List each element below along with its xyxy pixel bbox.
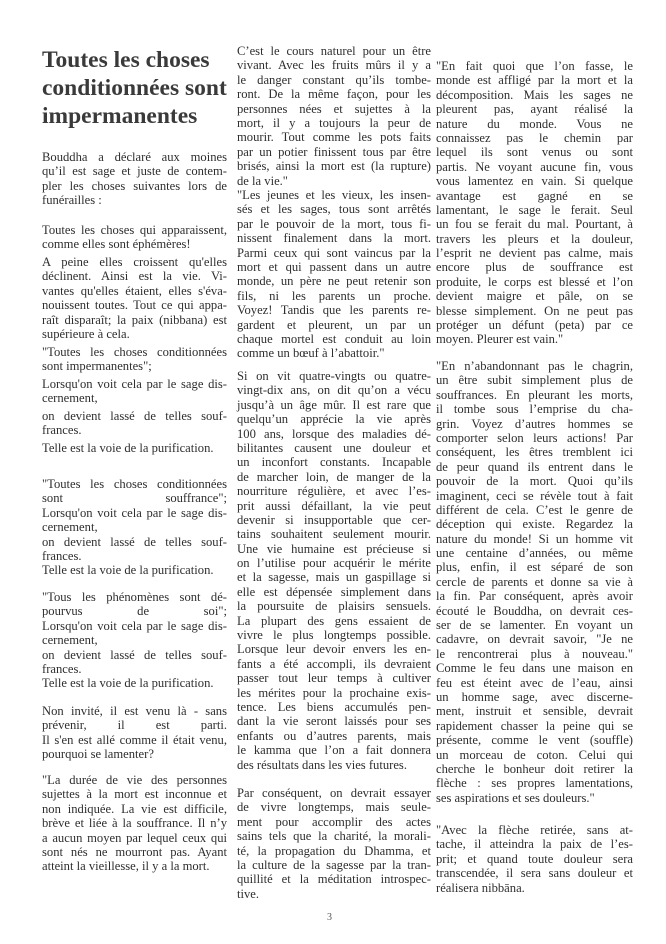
text-line: "Toutes les choses conditionnées (42, 345, 227, 359)
text-line: par un potier finissent tous par être (237, 145, 431, 159)
text-line: "Toutes les choses conditionnées (42, 477, 227, 491)
text-line: plus, enfin, il est séparé de son (436, 560, 633, 574)
text-line: comporter selon leurs actions! Par (436, 431, 633, 445)
paragraph: "Toutes les choses conditionnéessont sou… (42, 477, 227, 578)
text-line: C’est le cours naturel pour un être (237, 44, 431, 58)
text-line: de vivre longtemps, mais seule- (237, 800, 431, 814)
text-line: différent de cela. C’est le genre de (436, 503, 633, 517)
text-line: feu est éteint avec de l’eau, ainsi (436, 676, 633, 690)
text-line: Non invité, il est venu là - sans (42, 704, 227, 718)
text-line: qu’il est sage et juste de contem- (42, 164, 227, 178)
text-line: mort, il y a toujours la peur de (237, 116, 431, 130)
text-line: par le pouvoir de la mort, tous fi- (237, 217, 431, 231)
text-line: sont impermanentes"; (42, 359, 227, 373)
text-line: pleurent pas, ayant réalisé la (436, 102, 633, 116)
text-line: transcendée, il sera sans douleur et (436, 866, 633, 880)
text-line: sont nés ne mourront pas. Ayant (42, 845, 227, 859)
text-line: raît disparaît; la paix (nibbana) est (42, 313, 227, 327)
text-line: comme un bœuf à l’abattoir." (237, 346, 431, 360)
text-line: enfants ou d’autres parents, mais (237, 729, 431, 743)
paragraph: Bouddha a déclaré aux moinesqu’il est sa… (42, 150, 227, 208)
text-line: décomposition. Mais les sages ne (436, 88, 633, 102)
text-line: monde est affligé par la mort et la (436, 73, 633, 87)
text-line: vivre le plus longtemps possible. (237, 628, 431, 642)
text-line: prévenir, il est parti. (42, 718, 227, 732)
text-line: ment pour accomplir des actes (237, 815, 431, 829)
text-line: Lorsque leur devoir envers les en- (237, 642, 431, 656)
text-line: la poursuite de plaisirs sensuels. (237, 599, 431, 613)
text-line: cercle de parents et donne sa vie à (436, 575, 633, 589)
text-line: conséquent, les êtres tremblent ici (436, 445, 633, 459)
text-line: quelqu’un apprécie la vie après (237, 412, 431, 426)
text-line: pouvoir de la mort. Quoi qu’ils (436, 474, 633, 488)
text-line: un inconfort constants. Incapable (237, 455, 431, 469)
text-line: déclinent. Ainsi est la vie. Vi- (42, 269, 227, 283)
text-line: sés et les sages, tous sont arrêtés (237, 202, 431, 216)
text-line: on l’utilise pour acquérir le mérite (237, 556, 431, 570)
paragraph: C’est le cours naturel pour un êtrevivan… (237, 44, 431, 188)
text-line: fants a été accompli, ils devraient (237, 657, 431, 671)
title-line: Toutes les choses (42, 46, 232, 74)
text-line: produite, le corps est blessé et l’on (436, 275, 633, 289)
text-line: brisés, ainsi la mort est (la rupture) (237, 159, 431, 173)
text-line: un être subit simplement plus de (436, 373, 633, 387)
text-line: Telle est la voie de la purification. (42, 563, 227, 577)
paragraph: Non invité, il est venu là - sanspréveni… (42, 704, 227, 762)
text-line: frances. (42, 423, 227, 437)
text-line: de peur quand ils entrent dans le (436, 460, 633, 474)
paragraph: "La durée de vie des personnessujettes à… (42, 773, 227, 874)
paragraph: Par conséquent, on devrait essayerde viv… (237, 786, 431, 901)
text-line: imaginent, ceci se révèle tout à fait (436, 489, 633, 503)
text-line: personnes nées et sujettes à la (237, 102, 431, 116)
text-line: ses aspirations et ses douleurs." (436, 791, 633, 805)
text-line: une centaine d’années, ou même (436, 546, 633, 560)
text-line: "Avec la flèche retirée, sans at- (436, 823, 633, 837)
text-line: cadavre, on devrait savoir, "Je ne (436, 632, 633, 646)
text-line: brève et liée à la souffrance. Il n’y (42, 816, 227, 830)
text-line: vantes qu'elles étaient, elles s'éva- (42, 284, 227, 298)
text-line: lamentant, le sage le ferait. Seul (436, 203, 633, 217)
text-line: atteint la vieillesse, il y a la mort. (42, 859, 227, 873)
text-line: protéger un défunt (peta) par ce (436, 318, 633, 332)
text-line: prit; et quand toute douleur sera (436, 852, 633, 866)
text-line: sont souffrance"; (42, 491, 227, 505)
text-line: Telle est la voie de la purification. (42, 676, 227, 690)
paragraph: Lorsqu'on voit cela par le sage dis-cern… (42, 377, 227, 406)
text-line: tive. (237, 887, 431, 901)
text-line: l’esprit ne devient pas calme, mais (436, 246, 633, 260)
text-line: tence. Les biens accumulés pen- (237, 700, 431, 714)
text-line: réalisera nibbāna. (436, 881, 633, 895)
text-line: a aucun moyen par lequel ceux qui (42, 831, 227, 845)
text-line: frances. (42, 549, 227, 563)
text-line: Toutes les choses qui apparaissent, (42, 223, 227, 237)
text-line: avantage est gagné en se (436, 189, 633, 203)
text-line: comme elles sont éphémères! (42, 237, 227, 251)
text-line: Par conséquent, on devrait essayer (237, 786, 431, 800)
text-line: nature du monde. Vous ne (436, 117, 633, 131)
text-line: blesse simplement. On ne peut pas (436, 304, 633, 318)
text-line: cernement, (42, 520, 227, 534)
text-line: des résultats dans les vies futures. (237, 758, 431, 772)
text-line: tains souhaitent seulement mourir. (237, 527, 431, 541)
text-line: tache, il atteindra la paix de l’es- (436, 837, 633, 851)
text-line: Comme le feu dans une maison en (436, 661, 633, 675)
text-line: pler les choses suivantes lors de (42, 179, 227, 193)
text-line: devenir si insupportable que cer- (237, 513, 431, 527)
page-title: Toutes les choses conditionnées sont imp… (42, 46, 232, 130)
text-line: nourriture régulière, et avec l’es- (237, 484, 431, 498)
paragraph: "Avec la flèche retirée, sans at-tache, … (436, 823, 633, 895)
text-line: "Tous les phénomènes sont dé- (42, 590, 227, 604)
text-line: jusqu’à un âge mûr. Il est rare que (237, 398, 431, 412)
text-line: lequel ils sont venus ou sont (436, 145, 633, 159)
text-line: flèche : ses propres lamentations, (436, 776, 633, 790)
text-line: ront. De la même façon, pour les (237, 87, 431, 101)
text-line: on devient lassé de telles souf- (42, 409, 227, 423)
text-line: quillité et la méditation introspec- (237, 872, 431, 886)
paragraph: on devient lassé de telles souf-frances. (42, 409, 227, 438)
text-line: cernement, (42, 391, 227, 405)
text-line: un morceau de coton. Celui qui (436, 748, 633, 762)
text-line: 100 ans, lorsque des maladies dé- (237, 427, 431, 441)
text-line: elle est dépensée simplement dans (237, 585, 431, 599)
text-line: mourir. Tout comme les pots faits (237, 130, 431, 144)
text-line: de la vie." (237, 174, 431, 188)
text-line: travers les pleurs et la douleur, (436, 232, 633, 246)
text-line: Il s'en est allé comme il était venu, (42, 733, 227, 747)
text-line: funérailles : (42, 193, 227, 207)
text-line: souffrances. En pleurant les morts, (436, 388, 633, 402)
paragraph: "Tous les phénomènes sont dé-pourvus de … (42, 590, 227, 691)
text-line: Une vie humaine est précieuse si (237, 542, 431, 556)
paragraph: "En fait quoi que l’on fasse, lemonde es… (436, 59, 633, 347)
text-line: présente, comme le vent (souffle) (436, 733, 633, 747)
text-line: rapidement chasser la peine qui se (436, 719, 633, 733)
text-line: devient maigre et pâle, on se (436, 289, 633, 303)
paragraph: "En n’abandonnant pas le chagrin,un être… (436, 359, 633, 805)
text-line: té, la propagation du Dhamma, et (237, 844, 431, 858)
paragraph: "Toutes les choses conditionnéessont imp… (42, 345, 227, 374)
text-line: sains tels que la charité, la morali- (237, 829, 431, 843)
text-line: le danger constant qu’ils tombe- (237, 73, 431, 87)
text-line: Bouddha a déclaré aux moines (42, 150, 227, 164)
text-line: "En n’abandonnant pas le chagrin, (436, 359, 633, 373)
text-line: cherche le bonheur doit retirer la (436, 762, 633, 776)
text-line: encore plus de souffrance est (436, 260, 633, 274)
page-number: 3 (327, 912, 332, 923)
text-line: Voyez! Tandis que les parents re- (237, 303, 431, 317)
text-line: connaissez pas le chemin par (436, 131, 633, 145)
text-line: Si on vit quatre-vingts ou quatre- (237, 369, 431, 383)
text-line: Lorsqu'on voit cela par le sage dis- (42, 619, 227, 633)
text-line: vingt-dix ans, on dit qu’on a vécu (237, 383, 431, 397)
text-line: on devient lassé de telles souf- (42, 648, 227, 662)
text-line: la culture de la sagesse par la tran- (237, 858, 431, 872)
text-line: partis. Ne voyant aucune fin, vous (436, 160, 633, 174)
text-line: les mérites pour la prochaine exis- (237, 686, 431, 700)
text-line: sujettes à la mort est inconnue et (42, 787, 227, 801)
text-line: La plupart des gens essaient de (237, 614, 431, 628)
text-line: vivant. Avec les fruits mûrs il y a (237, 58, 431, 72)
paragraph: Toutes les choses qui apparaissent,comme… (42, 223, 227, 252)
text-line: Lorsqu'on voit cela par le sage dis- (42, 377, 227, 391)
text-line: de marcher loin, de manger de la (237, 470, 431, 484)
text-line: Lorsqu'on voit cela par le sage dis- (42, 506, 227, 520)
text-line: nature du monde! Si un homme vit (436, 532, 633, 546)
text-line: frances. (42, 662, 227, 676)
text-line: et la sagesse, mais un gaspillage si (237, 570, 431, 584)
paragraph: Si on vit quatre-vingts ou quatre-vingt-… (237, 369, 431, 772)
text-line: ment, instruit et sensible, devrait (436, 704, 633, 718)
text-line: le kamma que l’on a fait donnera (237, 743, 431, 757)
text-line: un homme sage, avec discerne- (436, 690, 633, 704)
text-line: déception qui existe. Regardez la (436, 517, 633, 531)
text-line: gardent et pleurent, un par un (237, 318, 431, 332)
text-line: nouissent toutes. Tout ce qui appa- (42, 298, 227, 312)
text-line: la fin. Par conséquent, après avoir (436, 589, 633, 603)
text-line: cernement, (42, 633, 227, 647)
text-line: le rencontrerai plus à nouveau." (436, 647, 633, 661)
text-line: "En fait quoi que l’on fasse, le (436, 59, 633, 73)
text-line: "Les jeunes et les vieux, les insen- (237, 188, 431, 202)
text-line: A peine elles croissent qu'elles (42, 255, 227, 269)
text-line: pourvus de soi"; (42, 604, 227, 618)
text-line: Telle est la voie de la purification. (42, 441, 227, 455)
text-line: monde, un père ne peut retenir son (237, 274, 431, 288)
text-line: nissent finalement dans la mort. (237, 231, 431, 245)
text-line: moyen. Pleurer est vain." (436, 332, 633, 346)
text-line: fils, ni les parents un proche. (237, 289, 431, 303)
text-line: grin. Voyez d’autres hommes se (436, 417, 633, 431)
text-line: non indiquée. La vie est difficile, (42, 802, 227, 816)
text-line: prit aussi défaillant, la vie peut (237, 499, 431, 513)
text-line: supérieure à cela. (42, 327, 227, 341)
text-line: passer tout leur temps à cultiver (237, 671, 431, 685)
text-line: on devient lassé de telles souf- (42, 535, 227, 549)
paragraph: "Les jeunes et les vieux, les insen-sés … (237, 188, 431, 361)
text-line: ser de se lamenter. En voyant un (436, 618, 633, 632)
text-line: bilitantes causent une douleur et (237, 441, 431, 455)
text-line: "La durée de vie des personnes (42, 773, 227, 787)
text-line: il tombe sous l’emprise du cha- (436, 402, 633, 416)
text-line: un fou se ferait du mal. Pourtant, à (436, 217, 633, 231)
title-line: impermanentes (42, 102, 232, 130)
text-line: chaque mortel est conduit au loin (237, 332, 431, 346)
paragraph: A peine elles croissent qu'ellesdéclinen… (42, 255, 227, 341)
text-line: écouté le Bouddha, on devrait ces- (436, 604, 633, 618)
title-line: conditionnées sont (42, 74, 232, 102)
text-line: dant la vie seront laissés pour ses (237, 714, 431, 728)
text-line: pourquoi se lamenter? (42, 747, 227, 761)
text-line: vous lamentez en vain. Si quelque (436, 174, 633, 188)
paragraph: Telle est la voie de la purification. (42, 441, 227, 455)
text-line: mort et qui passent dans un autre (237, 260, 431, 274)
text-line: Parmi ceux qui sont vaincus par la (237, 246, 431, 260)
